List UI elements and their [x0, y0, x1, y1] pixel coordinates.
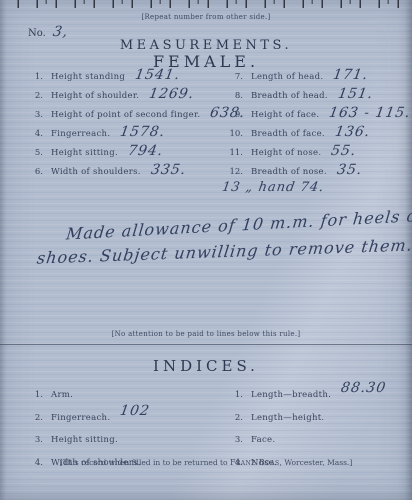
measurement-row: 7.Length of head.171. — [228, 64, 408, 83]
row-value-handwritten: 102 — [119, 400, 152, 423]
row-value-handwritten: 171. — [332, 66, 370, 85]
ruler-ticks-edge-short — [9, 0, 412, 4]
measurement-row: 2.Height of shoulder.1269. — [28, 83, 228, 102]
row-value-handwritten: 88.30 — [339, 377, 388, 400]
measurement-row: 1.Height standing1541. — [28, 64, 228, 83]
measurement-row-13-handwritten: 13 „ hand 74. — [221, 180, 326, 195]
row-label: Arm. — [51, 390, 73, 400]
page-title: MEASUREMENTS. — [0, 38, 412, 53]
index-row: 2.Fingerreach.102 — [28, 404, 218, 427]
row-number: 6. — [28, 163, 43, 182]
measurement-row: 3.Height of point of second finger.638. — [28, 102, 228, 121]
row-label: Breadth of head. — [251, 91, 328, 101]
row-label: Height of face. — [251, 110, 319, 120]
index-row: 2.Length—height. — [228, 404, 408, 427]
return-instruction: [This record when filled in to be return… — [0, 458, 412, 467]
row-label: Fingerreach. — [51, 129, 110, 139]
row-value-handwritten: 136. — [333, 123, 371, 142]
row-label: Height of point of second finger. — [51, 110, 200, 120]
row-label: Breadth of nose. — [251, 167, 327, 177]
measurement-row: 10.Breadth of face.136. — [228, 121, 408, 140]
measurement-row: 12.Breadth of nose.35. — [228, 159, 408, 178]
row-value-handwritten: 1269. — [148, 85, 196, 104]
measurements-left-column: 1.Height standing1541. 2.Height of shoul… — [28, 64, 228, 178]
measurement-row: 4.Fingerreach.1578. — [28, 121, 228, 140]
row-value-handwritten: 163 - 115. — [328, 104, 412, 123]
rule-note: [No attention to be paid to lines below … — [0, 330, 412, 338]
repeat-number-note: [Repeat number from other side.] — [0, 13, 412, 21]
row-label: Height of nose. — [251, 148, 321, 158]
horizontal-rule — [0, 344, 412, 345]
measurement-row: 8.Breadth of head.151. — [228, 83, 408, 102]
index-row: 1.Length—breadth.88.30 — [228, 381, 408, 404]
return-instruction-pre: [This record when filled in to be return… — [60, 458, 230, 467]
row-label: Face. — [251, 435, 275, 445]
return-instruction-post: , Worcester, Mass.] — [280, 458, 353, 467]
row-value-handwritten: 151. — [336, 85, 374, 104]
index-row: 3.Face. — [228, 426, 408, 449]
row-label: Height sitting. — [51, 148, 118, 158]
row-value-handwritten: 335. — [149, 161, 187, 180]
measurement-row: 9.Height of face.163 - 115. — [228, 102, 408, 121]
measurement-card: [Repeat number from other side.] No. 3, … — [0, 0, 412, 500]
row-value-handwritten: 1578. — [119, 123, 167, 142]
row-value-handwritten: 55. — [330, 142, 358, 161]
row-value-handwritten: 35. — [335, 161, 363, 180]
row-label: Fingerreach. — [51, 413, 110, 423]
row-label: Height sitting. — [51, 435, 118, 445]
row-label: Height standing — [51, 72, 125, 82]
indices-title: INDICES. — [0, 357, 412, 375]
row-label: Width of shoulders. — [51, 167, 141, 177]
index-row: 3.Height sitting. — [28, 426, 218, 449]
measurement-row: 5.Height sitting.794. — [28, 140, 228, 159]
recipient-name: Franz Boas — [230, 458, 280, 467]
row-label: Length—breadth. — [251, 390, 331, 400]
row-label: Height of shoulder. — [51, 91, 139, 101]
row-value-handwritten: 794. — [126, 142, 164, 161]
row-label: Length of head. — [251, 72, 323, 82]
row-label: Length—height. — [251, 413, 324, 423]
measurement-row: 6.Width of shoulders.335. — [28, 159, 228, 178]
measurement-row: 11.Height of nose.55. — [228, 140, 408, 159]
measurements-right-column: 7.Length of head.171. 8.Breadth of head.… — [228, 64, 408, 178]
row-value-handwritten: 1541. — [134, 66, 182, 85]
row-label: Breadth of face. — [251, 129, 325, 139]
